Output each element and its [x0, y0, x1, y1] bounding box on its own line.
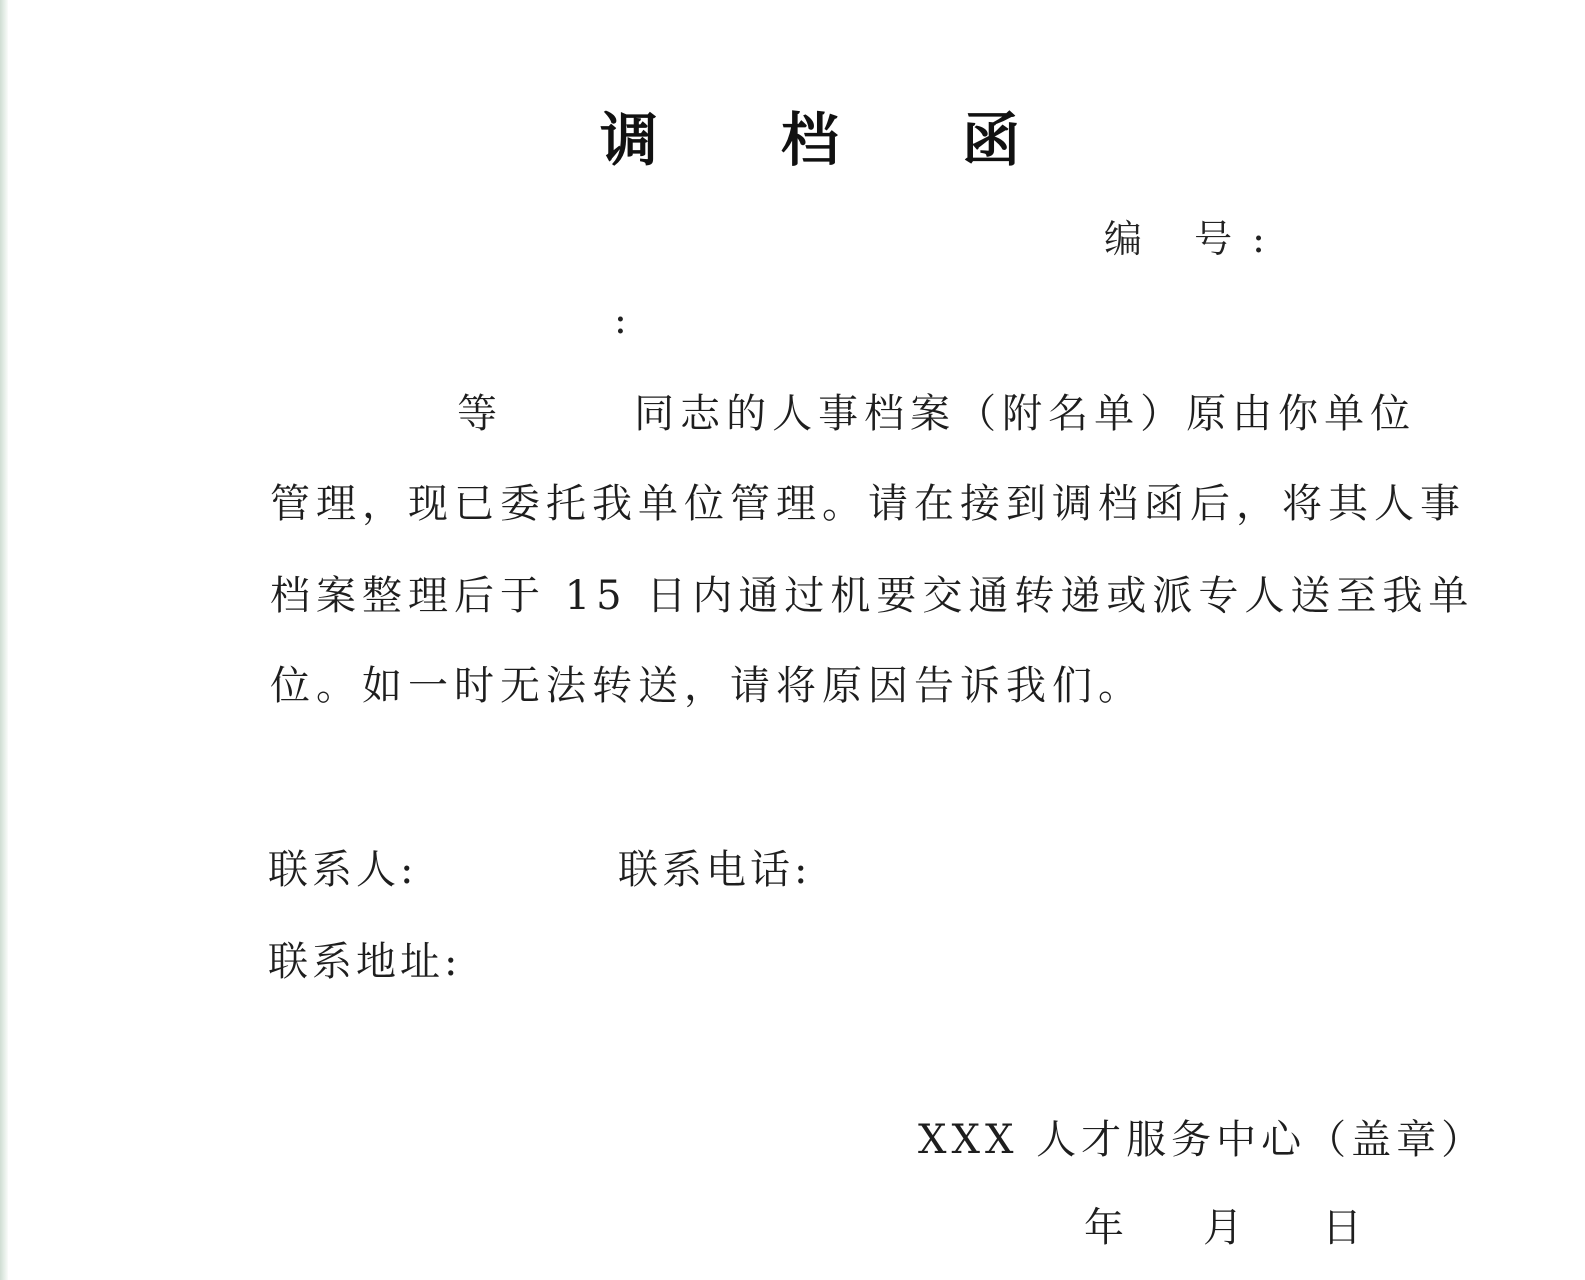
serial-number-label: 编 号:: [1104, 208, 1285, 263]
body-line-3: 档案整理后于 15 日内通过机要交通转递或派专人送至我单: [270, 566, 1470, 626]
contact-address-label: 联系地址:: [268, 930, 461, 987]
title-char: 调: [600, 100, 658, 180]
body-line-4: 位。如一时无法转送，请将原因告诉我们。: [270, 656, 1470, 716]
body-line-1: 等 同志的人事档案（附名单）原由你单位: [270, 384, 1470, 444]
date-day: 日: [1322, 1196, 1362, 1253]
date-year: 年: [1084, 1196, 1124, 1253]
body-line-2: 管理，现已委托我单位管理。请在接到调档函后，将其人事: [270, 474, 1470, 534]
contact-phone-label: 联系电话:: [618, 838, 811, 895]
contact-person-label: 联系人:: [268, 838, 417, 895]
date-line: 年 月 日: [1084, 1196, 1362, 1253]
addressee-line: :: [614, 298, 627, 342]
title-char: 函: [962, 100, 1020, 180]
title-char: 档: [781, 100, 839, 180]
document-title: 调 档 函: [600, 100, 1020, 180]
issuer-signature: XXX 人才服务中心（盖章）: [918, 1108, 1486, 1165]
date-month: 月: [1203, 1196, 1243, 1253]
page-edge: [0, 0, 8, 1280]
